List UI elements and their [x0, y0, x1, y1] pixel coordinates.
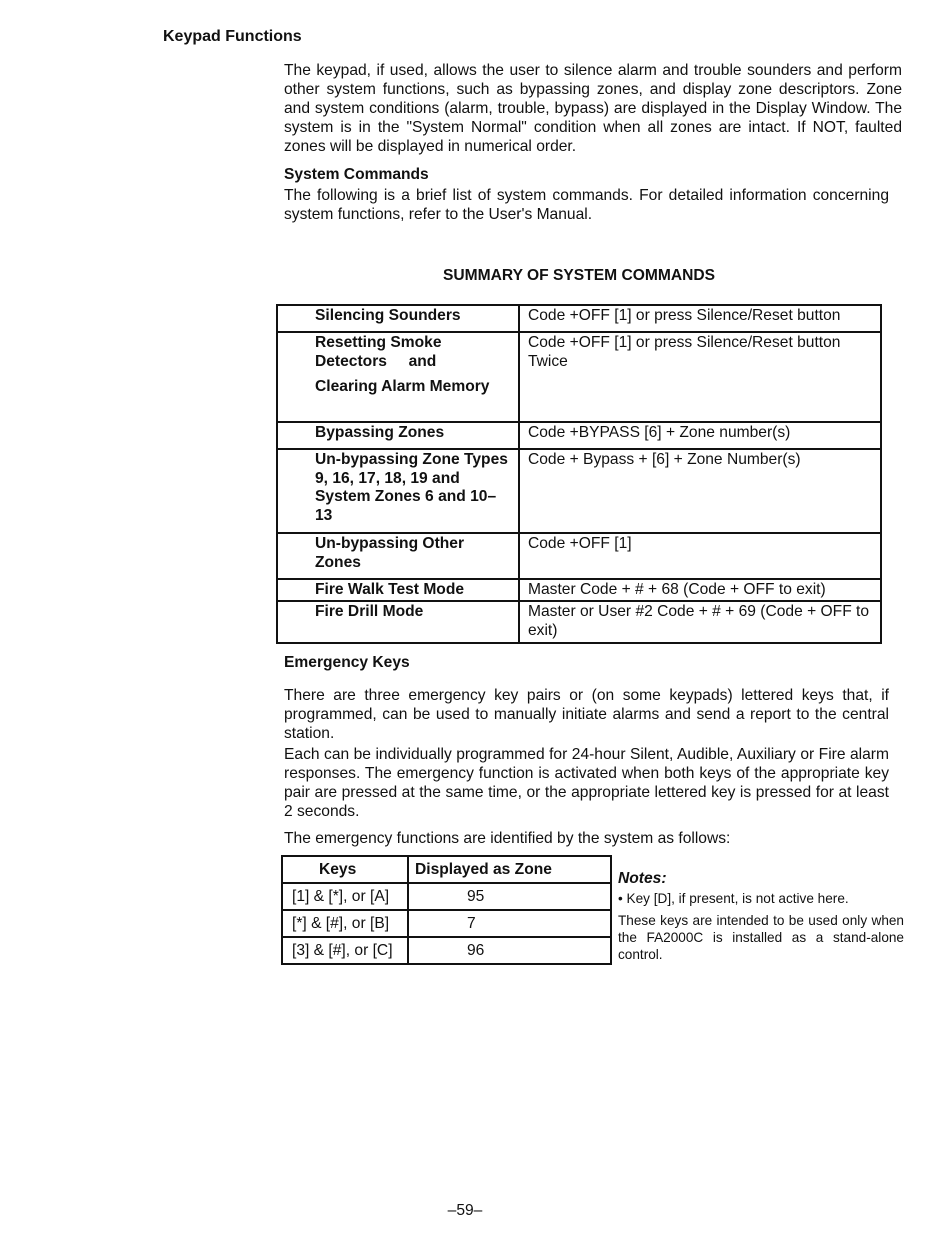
page-number: –59– — [0, 1202, 930, 1220]
emergency-paragraph-3: The emergency functions are identified b… — [284, 829, 889, 848]
summary-table-title: SUMMARY OF SYSTEM COMMANDS — [276, 267, 882, 285]
table-row: Un-bypassing Zone Types 9, 16, 17, 18, 1… — [277, 449, 881, 533]
notes-box: Notes: • Key [D], if present, is not act… — [618, 870, 904, 963]
zone-cell: 96 — [408, 937, 611, 964]
function-cell: Fire Walk Test Mode — [277, 579, 519, 601]
table-row: Fire Walk Test Mode Master Code + # + 68… — [277, 579, 881, 601]
keys-cell: [1] & [*], or [A] — [282, 883, 408, 910]
table-row: Resetting Smoke Detectors and Clearing A… — [277, 332, 881, 422]
function-line: Resetting Smoke Detectors and — [315, 334, 442, 370]
subheading-emergency-keys: Emergency Keys — [284, 654, 410, 672]
table-row: [3] & [#], or [C] 96 — [282, 937, 611, 964]
emergency-paragraph-1: There are three emergency key pairs or (… — [284, 686, 889, 743]
emergency-keys-table: Keys Displayed as Zone [1] & [*], or [A]… — [281, 855, 612, 965]
table-header-row: Keys Displayed as Zone — [282, 856, 611, 883]
emergency-paragraph-2: Each can be individually programmed for … — [284, 745, 889, 821]
table-row: Un-bypassing Other Zones Code +OFF [1] — [277, 533, 881, 579]
intro-paragraph: The keypad, if used, allows the user to … — [284, 61, 902, 156]
command-cell: Code +BYPASS [6] + Zone number(s) — [519, 422, 881, 449]
keys-cell: [3] & [#], or [C] — [282, 937, 408, 964]
notes-title: Notes: — [618, 870, 904, 887]
command-cell: Code +OFF [1] — [519, 533, 881, 579]
function-cell: Un-bypassing Zone Types 9, 16, 17, 18, 1… — [277, 449, 519, 533]
table-row: [1] & [*], or [A] 95 — [282, 883, 611, 910]
subheading-system-commands: System Commands — [284, 166, 429, 184]
section-heading-keypad-functions: Keypad Functions — [163, 28, 302, 46]
table-row: Bypassing Zones Code +BYPASS [6] + Zone … — [277, 422, 881, 449]
command-cell: Code + Bypass + [6] + Zone Number(s) — [519, 449, 881, 533]
keys-cell: [*] & [#], or [B] — [282, 910, 408, 937]
table-row: Fire Drill Mode Master or User #2 Code +… — [277, 601, 881, 643]
command-cell: Code +OFF [1] or press Silence/Reset but… — [519, 305, 881, 332]
column-header-zone: Displayed as Zone — [408, 856, 611, 883]
function-cell: Fire Drill Mode — [277, 601, 519, 643]
function-cell: Silencing Sounders — [277, 305, 519, 332]
command-cell: Master Code + # + 68 (Code + OFF to exit… — [519, 579, 881, 601]
function-cell: Resetting Smoke Detectors and Clearing A… — [277, 332, 519, 422]
summary-of-system-commands-table: Silencing Sounders Code +OFF [1] or pres… — [276, 304, 882, 644]
table-row: [*] & [#], or [B] 7 — [282, 910, 611, 937]
system-commands-paragraph: The following is a brief list of system … — [284, 186, 889, 224]
notes-text: These keys are intended to be used only … — [618, 912, 904, 963]
function-line: Clearing Alarm Memory — [315, 378, 489, 395]
command-cell: Code +OFF [1] or press Silence/Reset but… — [519, 332, 881, 422]
column-header-keys: Keys — [282, 856, 408, 883]
notes-bullet: • Key [D], if present, is not active her… — [618, 890, 904, 907]
function-cell: Un-bypassing Other Zones — [277, 533, 519, 579]
function-cell: Bypassing Zones — [277, 422, 519, 449]
zone-cell: 95 — [408, 883, 611, 910]
table-row: Silencing Sounders Code +OFF [1] or pres… — [277, 305, 881, 332]
command-cell: Master or User #2 Code + # + 69 (Code + … — [519, 601, 881, 643]
zone-cell: 7 — [408, 910, 611, 937]
